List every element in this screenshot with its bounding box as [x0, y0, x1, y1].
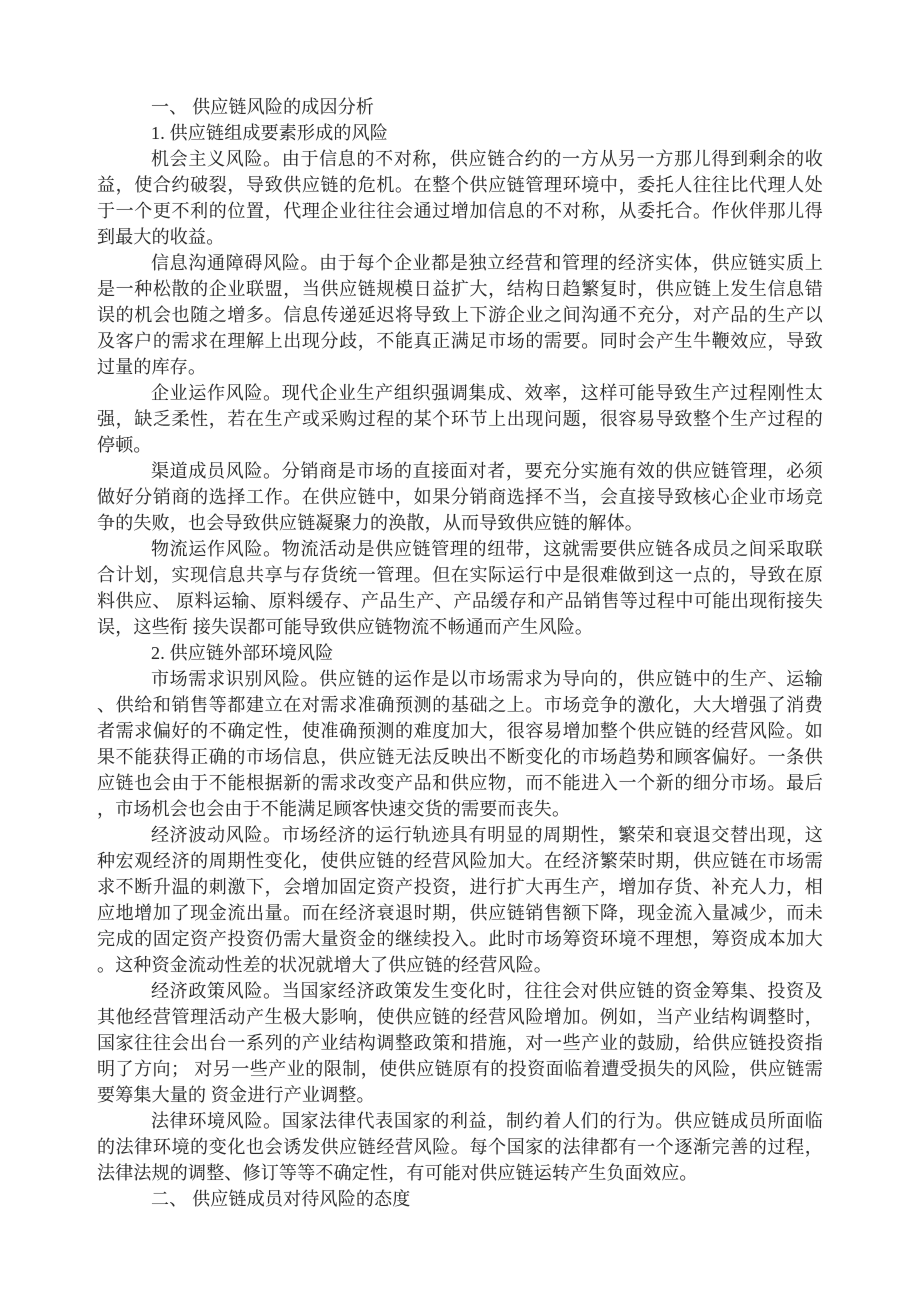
- paragraph-legal-environment-risk: 法律环境风险。国家法律代表国家的利益，制约着人们的行为。供应链成员所面临的法律环…: [97, 1108, 823, 1186]
- paragraph-market-demand-risk: 市场需求识别风险。供应链的运作是以市场需求为导向的，供应链中的生产、运输、供给和…: [97, 666, 823, 822]
- paragraph-logistics-operation-risk: 物流运作风险。物流活动是供应链管理的纽带，这就需要供应链各成员之间采取联合计划，…: [97, 536, 823, 640]
- paragraph-enterprise-operation-risk: 企业运作风险。现代企业生产组织强调集成、效率，这样可能导致生产过程刚性太强，缺乏…: [97, 380, 823, 458]
- heading-section-2: 二、 供应链成员对待风险的态度: [97, 1186, 823, 1212]
- paragraph-info-communication-risk: 信息沟通障碍风险。由于每个企业都是独立经营和管理的经济实体，供应链实质上是一种松…: [97, 250, 823, 380]
- heading-external-risk: 2. 供应链外部环境风险: [97, 640, 823, 666]
- heading-internal-risk: 1. 供应链组成要素形成的风险: [97, 120, 823, 146]
- heading-section-1: 一、 供应链风险的成因分析: [97, 94, 823, 120]
- paragraph-economic-policy-risk: 经济政策风险。当国家经济政策发生变化时，往往会对供应链的资金筹集、投资及其他经营…: [97, 978, 823, 1108]
- paragraph-opportunism-risk: 机会主义风险。由于信息的不对称，供应链合约的一方从另一方那儿得到剩余的收益，使合…: [97, 146, 823, 250]
- document-page: 一、 供应链风险的成因分析 1. 供应链组成要素形成的风险 机会主义风险。由于信…: [0, 0, 920, 1301]
- paragraph-economic-fluctuation-risk: 经济波动风险。市场经济的运行轨迹具有明显的周期性，繁荣和衰退交替出现，这种宏观经…: [97, 822, 823, 978]
- paragraph-channel-member-risk: 渠道成员风险。分销商是市场的直接面对者，要充分实施有效的供应链管理，必须做好分销…: [97, 458, 823, 536]
